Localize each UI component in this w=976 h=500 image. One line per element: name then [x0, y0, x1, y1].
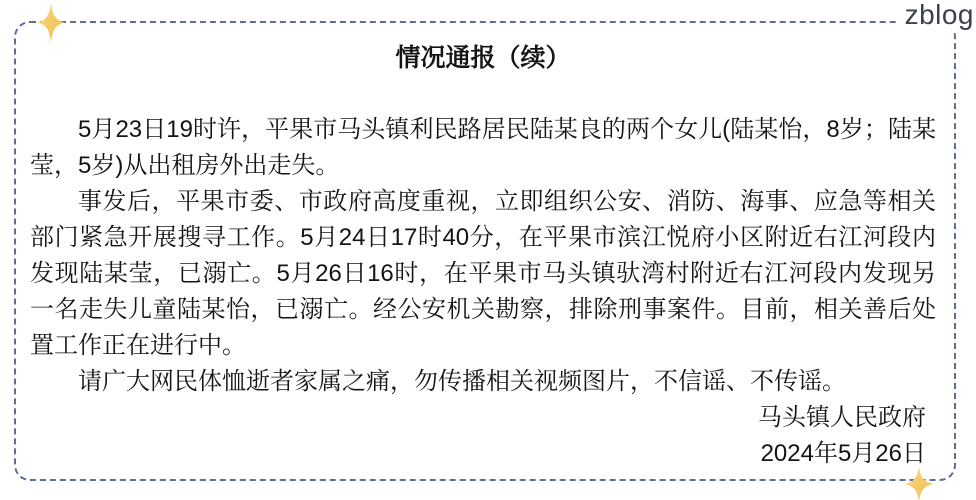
- watermark-zblog: zblog: [897, 0, 976, 32]
- sparkle-star-icon: [37, 2, 65, 43]
- notice-content: 情况通报（续） 5月23日19时许，平果市马头镇利民路居民陆某良的两个女儿(陆某…: [30, 44, 936, 472]
- notice-paragraph-3: 请广大网民体恤逝者家属之痛，勿传播相关视频图片，不信谣、不传谣。: [30, 364, 936, 400]
- notice-signature: 马头镇人民政府: [30, 400, 936, 436]
- notice-body: 5月23日19时许，平果市马头镇利民路居民陆某良的两个女儿(陆某怡，8岁；陆某莹…: [30, 112, 936, 400]
- notice-paragraph-1: 5月23日19时许，平果市马头镇利民路居民陆某良的两个女儿(陆某怡，8岁；陆某莹…: [30, 112, 936, 184]
- notice-footer: 马头镇人民政府 2024年5月26日: [30, 400, 936, 472]
- notice-title: 情况通报（续）: [30, 44, 936, 72]
- sparkle-star-icon: [904, 466, 934, 500]
- notice-image: zblog 情况通报（续） 5月23日19时许，平果市马头镇利民路居民陆某良的两…: [0, 0, 976, 500]
- notice-date: 2024年5月26日: [30, 436, 936, 472]
- notice-paragraph-2: 事发后，平果市委、市政府高度重视，立即组织公安、消防、海事、应急等相关部门紧急开…: [30, 184, 936, 364]
